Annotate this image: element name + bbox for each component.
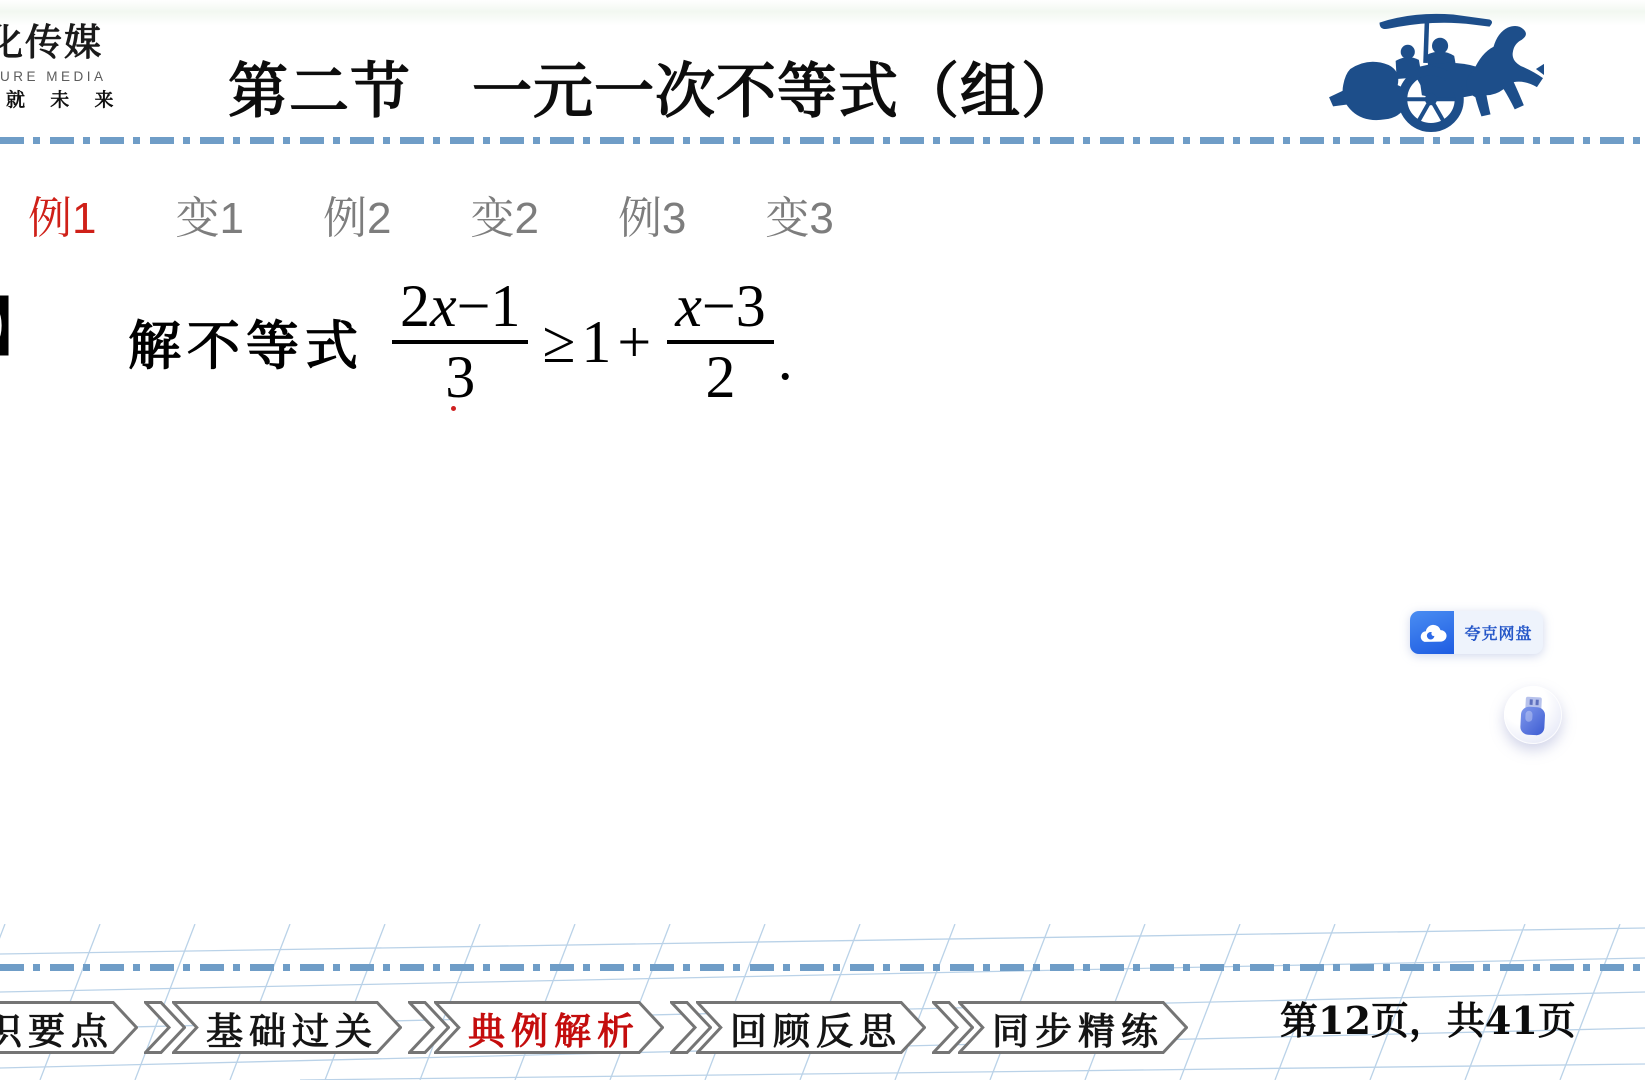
- example-label-bracket: 】: [0, 278, 46, 367]
- cloud-icon: [1410, 611, 1454, 654]
- nav-item-classic-examples[interactable]: 典例解析: [434, 1001, 664, 1054]
- page-indicator: 第12页，共41页: [1280, 990, 1576, 1045]
- nav-item-sync-practice[interactable]: 同步精练: [958, 1001, 1188, 1054]
- quark-netdisk-label: 夸克网盘: [1454, 611, 1543, 654]
- header-divider-dashed: [0, 137, 1645, 144]
- laser-pointer-dot: [451, 406, 456, 411]
- fraction-denominator: 3: [437, 347, 483, 408]
- slide-canvas: 化传媒 URE MEDIA 就 未 来 第二节 一元一次不等式（组）: [0, 0, 1645, 1080]
- fraction-2x-1-over-3: 2x−1 3: [392, 276, 528, 408]
- tab-variant-1[interactable]: 变1: [175, 194, 243, 245]
- logo-cn-text: 化传媒: [0, 24, 124, 61]
- fraction-numerator: 2x−1: [392, 276, 528, 337]
- page-title: 第二节 一元一次不等式（组）: [228, 44, 1082, 130]
- nav-item-knowledge-points[interactable]: 知识要点: [0, 1001, 138, 1054]
- tab-example-3[interactable]: 例3: [618, 194, 686, 245]
- chariot-horse-icon: [1322, 6, 1544, 136]
- publisher-logo: 化传媒 URE MEDIA 就 未 来: [0, 24, 124, 110]
- nav-item-basics-check[interactable]: 基础过关: [172, 1001, 402, 1054]
- relation-ge-1-plus: ≥1+: [542, 308, 657, 377]
- quark-netdisk-badge[interactable]: 夸克网盘: [1410, 611, 1543, 654]
- sentence-period: .: [778, 325, 793, 394]
- example-statement: 解不等式 2x−1 3 ≥1+ x−3 2 .: [128, 258, 793, 426]
- tab-example-2[interactable]: 例2: [323, 194, 391, 245]
- tab-example-1[interactable]: 例1: [28, 194, 96, 245]
- logo-en-text: URE MEDIA: [0, 70, 124, 84]
- fraction-x-3-over-2: x−3 2: [667, 276, 773, 408]
- fraction-numerator: x−3: [667, 276, 773, 337]
- example-tab-row: 例1 变1 例2 变2 例3 变3: [28, 194, 834, 245]
- tab-variant-3[interactable]: 变3: [765, 194, 833, 245]
- usb-flash-drive-icon[interactable]: [1504, 686, 1562, 744]
- solve-inequality-prompt: 解不等式: [128, 304, 364, 380]
- fraction-denominator: 2: [698, 347, 744, 408]
- nav-item-review-reflect[interactable]: 回顾反思: [696, 1001, 926, 1054]
- footer-divider-dashed: [0, 964, 1645, 971]
- tab-variant-2[interactable]: 变2: [470, 194, 538, 245]
- logo-slogan-text: 就 未 来: [0, 91, 124, 110]
